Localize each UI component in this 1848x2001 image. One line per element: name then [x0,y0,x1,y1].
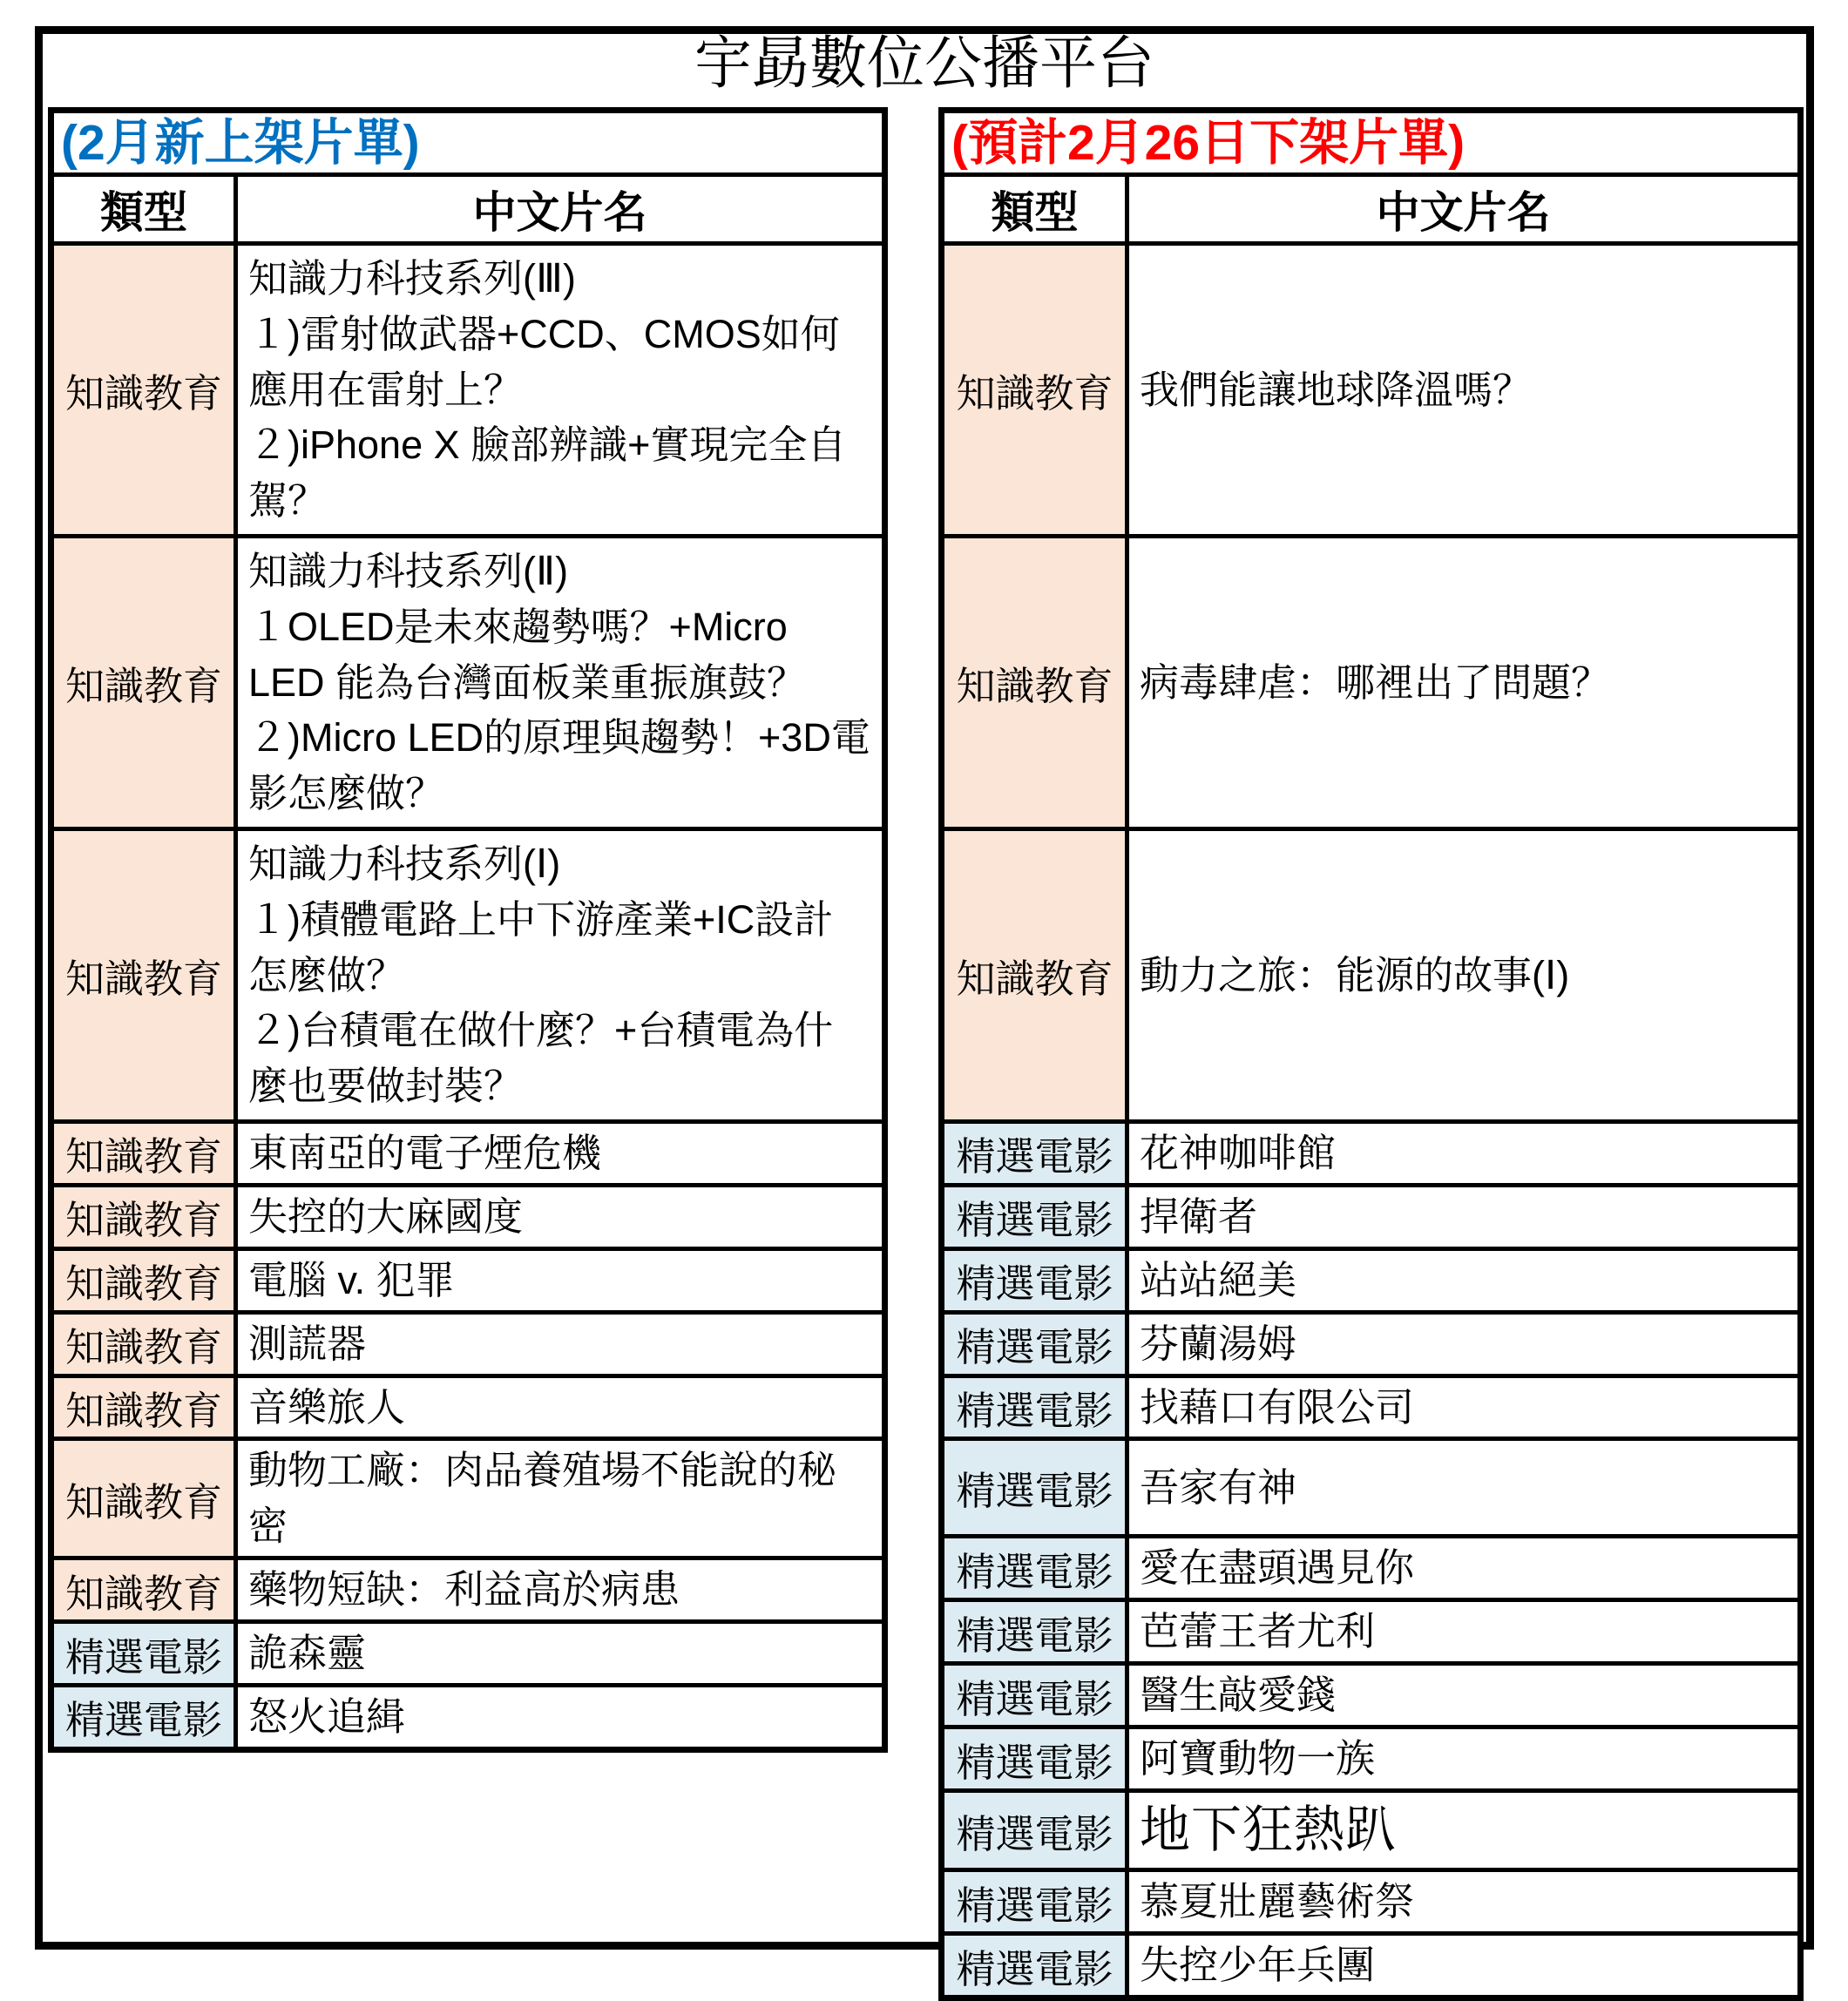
film-title-cell: 失控的大麻國度 [236,1185,885,1248]
table-row: 知識教育病毒肆虐：哪裡出了問題？ [942,537,1801,829]
category-cell: 知識教育 [51,829,236,1122]
category-cell: 知識教育 [51,244,236,537]
film-title-cell: 我們能讓地球降溫嗎？ [1127,244,1801,537]
type-column-header: 類型 [942,175,1127,244]
film-title-cell: 醫生敲愛錢 [1127,1664,1801,1727]
table-row: 知識教育測謊器 [51,1312,885,1376]
category-cell: 知識教育 [51,1248,236,1312]
category-cell: 精選電影 [942,1248,1127,1312]
film-title-cell: 花神咖啡館 [1127,1122,1801,1186]
column-header-row: 類型 中文片名 [51,175,885,244]
table-row: 知識教育東南亞的電子煙危機 [51,1122,885,1186]
category-cell: 精選電影 [51,1622,236,1686]
category-cell: 知識教育 [51,1376,236,1439]
new-arrivals-body: 知識教育知識力科技系列(Ⅲ) １)雷射做武器+CCD、CMOS如何應用在雷射上？… [51,244,885,1750]
table-row: 精選電影醫生敲愛錢 [942,1664,1801,1727]
table-row: 精選電影失控少年兵團 [942,1934,1801,1998]
film-title-cell: 吾家有神 [1127,1439,1801,1537]
film-title-cell: 找藉口有限公司 [1127,1376,1801,1439]
category-cell: 知識教育 [942,829,1127,1122]
table-row: 知識教育失控的大麻國度 [51,1185,885,1248]
category-cell: 精選電影 [51,1686,236,1750]
category-cell: 知識教育 [51,1185,236,1248]
table-row: 知識教育知識力科技系列(Ⅲ) １)雷射做武器+CCD、CMOS如何應用在雷射上？… [51,244,885,537]
category-cell: 知識教育 [942,537,1127,829]
film-title-cell: 知識力科技系列(Ⅰ) １)積體電路上中下游產業+IC設計怎麼做？ ２)台積電在做… [236,829,885,1122]
category-cell: 知識教育 [51,1312,236,1376]
section-header-row: (2月新上架片單) [51,111,885,175]
section-header-row: (預計2月26日下架片單) [942,111,1801,175]
table-row: 精選電影怒火追緝 [51,1686,885,1750]
film-title-cell: 病毒肆虐：哪裡出了問題？ [1127,537,1801,829]
table-row: 知識教育藥物短缺：利益高於病患 [51,1558,885,1622]
table-row: 精選電影詭森靈 [51,1622,885,1686]
film-title-cell: 愛在盡頭遇見你 [1127,1537,1801,1600]
table-row: 知識教育我們能讓地球降溫嗎？ [942,244,1801,537]
film-title-cell: 慕夏壯麗藝術祭 [1127,1870,1801,1934]
category-cell: 知識教育 [51,1439,236,1558]
table-row: 知識教育知識力科技系列(Ⅰ) １)積體電路上中下游產業+IC設計怎麼做？ ２)台… [51,829,885,1122]
category-cell: 精選電影 [942,1791,1127,1870]
category-cell: 精選電影 [942,1312,1127,1376]
film-title-cell: 動力之旅：能源的故事(Ⅰ) [1127,829,1801,1122]
film-title-cell: 站站絕美 [1127,1248,1801,1312]
film-title-cell: 捍衛者 [1127,1185,1801,1248]
table-row: 精選電影吾家有神 [942,1439,1801,1537]
category-cell: 精選電影 [942,1870,1127,1934]
category-cell: 知識教育 [942,244,1127,537]
category-cell: 精選電影 [942,1664,1127,1727]
film-title-cell: 知識力科技系列(Ⅱ) １OLED是未來趨勢嗎？+Micro LED 能為台灣面板… [236,537,885,829]
table-row: 知識教育動力之旅：能源的故事(Ⅰ) [942,829,1801,1122]
table-row: 精選電影芬蘭湯姆 [942,1312,1801,1376]
table-row: 精選電影捍衛者 [942,1185,1801,1248]
table-row: 精選電影花神咖啡館 [942,1122,1801,1186]
film-title-cell: 芭蕾王者尤利 [1127,1600,1801,1664]
table-row: 知識教育動物工廠：肉品養殖場不能說的秘密 [51,1439,885,1558]
table-row: 知識教育音樂旅人 [51,1376,885,1439]
film-title-cell: 地下狂熱趴 [1127,1791,1801,1870]
category-cell: 知識教育 [51,537,236,829]
table-row: 精選電影慕夏壯麗藝術祭 [942,1870,1801,1934]
table-row: 知識教育知識力科技系列(Ⅱ) １OLED是未來趨勢嗎？+Micro LED 能為… [51,537,885,829]
film-title-cell: 動物工廠：肉品養殖場不能說的秘密 [236,1439,885,1558]
film-title-cell: 藥物短缺：利益高於病患 [236,1558,885,1622]
table-row: 知識教育電腦 v. 犯罪 [51,1248,885,1312]
film-title-cell: 阿寶動物一族 [1127,1727,1801,1791]
column-header-row: 類型 中文片名 [942,175,1801,244]
removal-list-body: 知識教育我們能讓地球降溫嗎？知識教育病毒肆虐：哪裡出了問題？知識教育動力之旅：能… [942,244,1801,1998]
film-title-cell: 音樂旅人 [236,1376,885,1439]
category-cell: 精選電影 [942,1600,1127,1664]
table-row: 精選電影芭蕾王者尤利 [942,1600,1801,1664]
table-row: 精選電影找藉口有限公司 [942,1376,1801,1439]
table-row: 精選電影愛在盡頭遇見你 [942,1537,1801,1600]
broadcast-platform-sheet: 宇勗數位公播平台 (2月新上架片單) 類型 中文片名 知識教育知識力科技系列(Ⅲ… [0,0,1848,1980]
film-title-cell: 怒火追緝 [236,1686,885,1750]
category-cell: 知識教育 [51,1122,236,1186]
right-section-header: (預計2月26日下架片單) [942,111,1801,175]
film-title-cell: 知識力科技系列(Ⅲ) １)雷射做武器+CCD、CMOS如何應用在雷射上？ ２)i… [236,244,885,537]
category-cell: 精選電影 [942,1537,1127,1600]
category-cell: 精選電影 [942,1185,1127,1248]
removal-list-table: (預計2月26日下架片單) 類型 中文片名 知識教育我們能讓地球降溫嗎？知識教育… [938,107,1804,2001]
film-title-cell: 詭森靈 [236,1622,885,1686]
category-cell: 精選電影 [942,1727,1127,1791]
left-section-header: (2月新上架片單) [51,111,885,175]
title-column-header: 中文片名 [236,175,885,244]
category-cell: 精選電影 [942,1439,1127,1537]
film-title-cell: 電腦 v. 犯罪 [236,1248,885,1312]
page-title: 宇勗數位公播平台 [35,31,1814,95]
film-title-cell: 東南亞的電子煙危機 [236,1122,885,1186]
film-title-cell: 測謊器 [236,1312,885,1376]
new-arrivals-table: (2月新上架片單) 類型 中文片名 知識教育知識力科技系列(Ⅲ) １)雷射做武器… [48,107,888,1753]
film-title-cell: 失控少年兵團 [1127,1934,1801,1998]
category-cell: 精選電影 [942,1376,1127,1439]
table-row: 精選電影站站絕美 [942,1248,1801,1312]
type-column-header: 類型 [51,175,236,244]
category-cell: 精選電影 [942,1934,1127,1998]
category-cell: 知識教育 [51,1558,236,1622]
table-row: 精選電影阿寶動物一族 [942,1727,1801,1791]
table-row: 精選電影地下狂熱趴 [942,1791,1801,1870]
category-cell: 精選電影 [942,1122,1127,1186]
film-title-cell: 芬蘭湯姆 [1127,1312,1801,1376]
title-column-header: 中文片名 [1127,175,1801,244]
